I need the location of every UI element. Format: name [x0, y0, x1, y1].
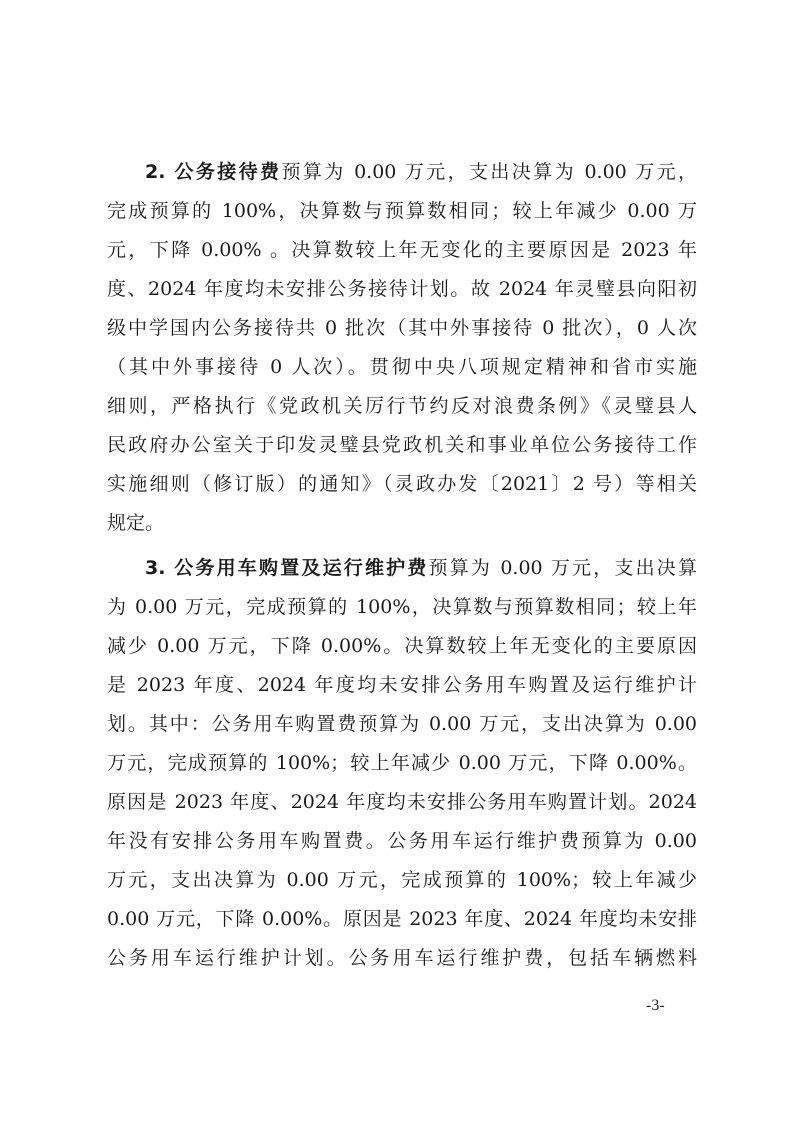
paragraph-line: 万元，支出决算为 0.00 万元，完成预算的 100%；较上年减少	[107, 861, 697, 900]
paragraph-line: （其中外事接待 0 人次）。贯彻中央八项规定精神和省市实施	[107, 348, 697, 387]
section-official-vehicles: 3. 公务用车购置及运行维护费预算为 0.00 万元，支出决算 为 0.00 万…	[107, 549, 697, 978]
paragraph-line: 公务用车运行维护计划。公务用车运行维护费，包括车辆燃料	[107, 939, 697, 978]
section-heading: 2. 公务接待费	[145, 161, 281, 183]
paragraph-line: 划。其中：公务用车购置费预算为 0.00 万元，支出决算为 0.00	[107, 705, 697, 744]
paragraph-line: 原因是 2023 年度、2024 年度均未安排公务用车购置计划。2024	[107, 783, 697, 822]
document-page: 2. 公务接待费预算为 0.00 万元，支出决算为 0.00 万元， 完成预算的…	[107, 153, 697, 978]
paragraph-line: 实施细则（修订版）的通知》（灵政办发〔2021〕2 号）等相关	[107, 465, 697, 504]
paragraph-line: 2. 公务接待费预算为 0.00 万元，支出决算为 0.00 万元，	[107, 153, 697, 192]
paragraph-line: 度、2024 年度均未安排公务接待计划。故 2024 年灵璧县向阳初	[107, 270, 697, 309]
paragraph-line: 细则，严格执行《党政机关厉行节约反对浪费条例》《灵璧县人	[107, 387, 697, 426]
paragraph-line: 万元，完成预算的 100%；较上年减少 0.00 万元，下降 0.00%。	[107, 744, 697, 783]
paragraph-line: 3. 公务用车购置及运行维护费预算为 0.00 万元，支出决算	[107, 549, 697, 588]
paragraph-line: 年没有安排公务用车购置费。公务用车运行维护费预算为 0.00	[107, 822, 697, 861]
paragraph-line: 级中学国内公务接待共 0 批次（其中外事接待 0 批次），0 人次	[107, 309, 697, 348]
paragraph-line: 是 2023 年度、2024 年度均未安排公务用车购置及运行维护计	[107, 666, 697, 705]
paragraph-line: 元，下降 0.00% 。决算数较上年无变化的主要原因是 2023 年	[107, 231, 697, 270]
section-heading: 3. 公务用车购置及运行维护费	[145, 557, 429, 579]
paragraph-line: 规定。	[107, 504, 697, 543]
page-number: -3-	[646, 997, 665, 1015]
paragraph-line: 减少 0.00 万元，下降 0.00%。决算数较上年无变化的主要原因	[107, 627, 697, 666]
section-official-reception: 2. 公务接待费预算为 0.00 万元，支出决算为 0.00 万元， 完成预算的…	[107, 153, 697, 543]
paragraph-line: 完成预算的 100%，决算数与预算数相同；较上年减少 0.00 万	[107, 192, 697, 231]
paragraph-line: 民政府办公室关于印发灵璧县党政机关和事业单位公务接待工作	[107, 426, 697, 465]
paragraph-line: 0.00 万元，下降 0.00%。原因是 2023 年度、2024 年度均未安排	[107, 900, 697, 939]
paragraph-line: 为 0.00 万元，完成预算的 100%，决算数与预算数相同；较上年	[107, 588, 697, 627]
